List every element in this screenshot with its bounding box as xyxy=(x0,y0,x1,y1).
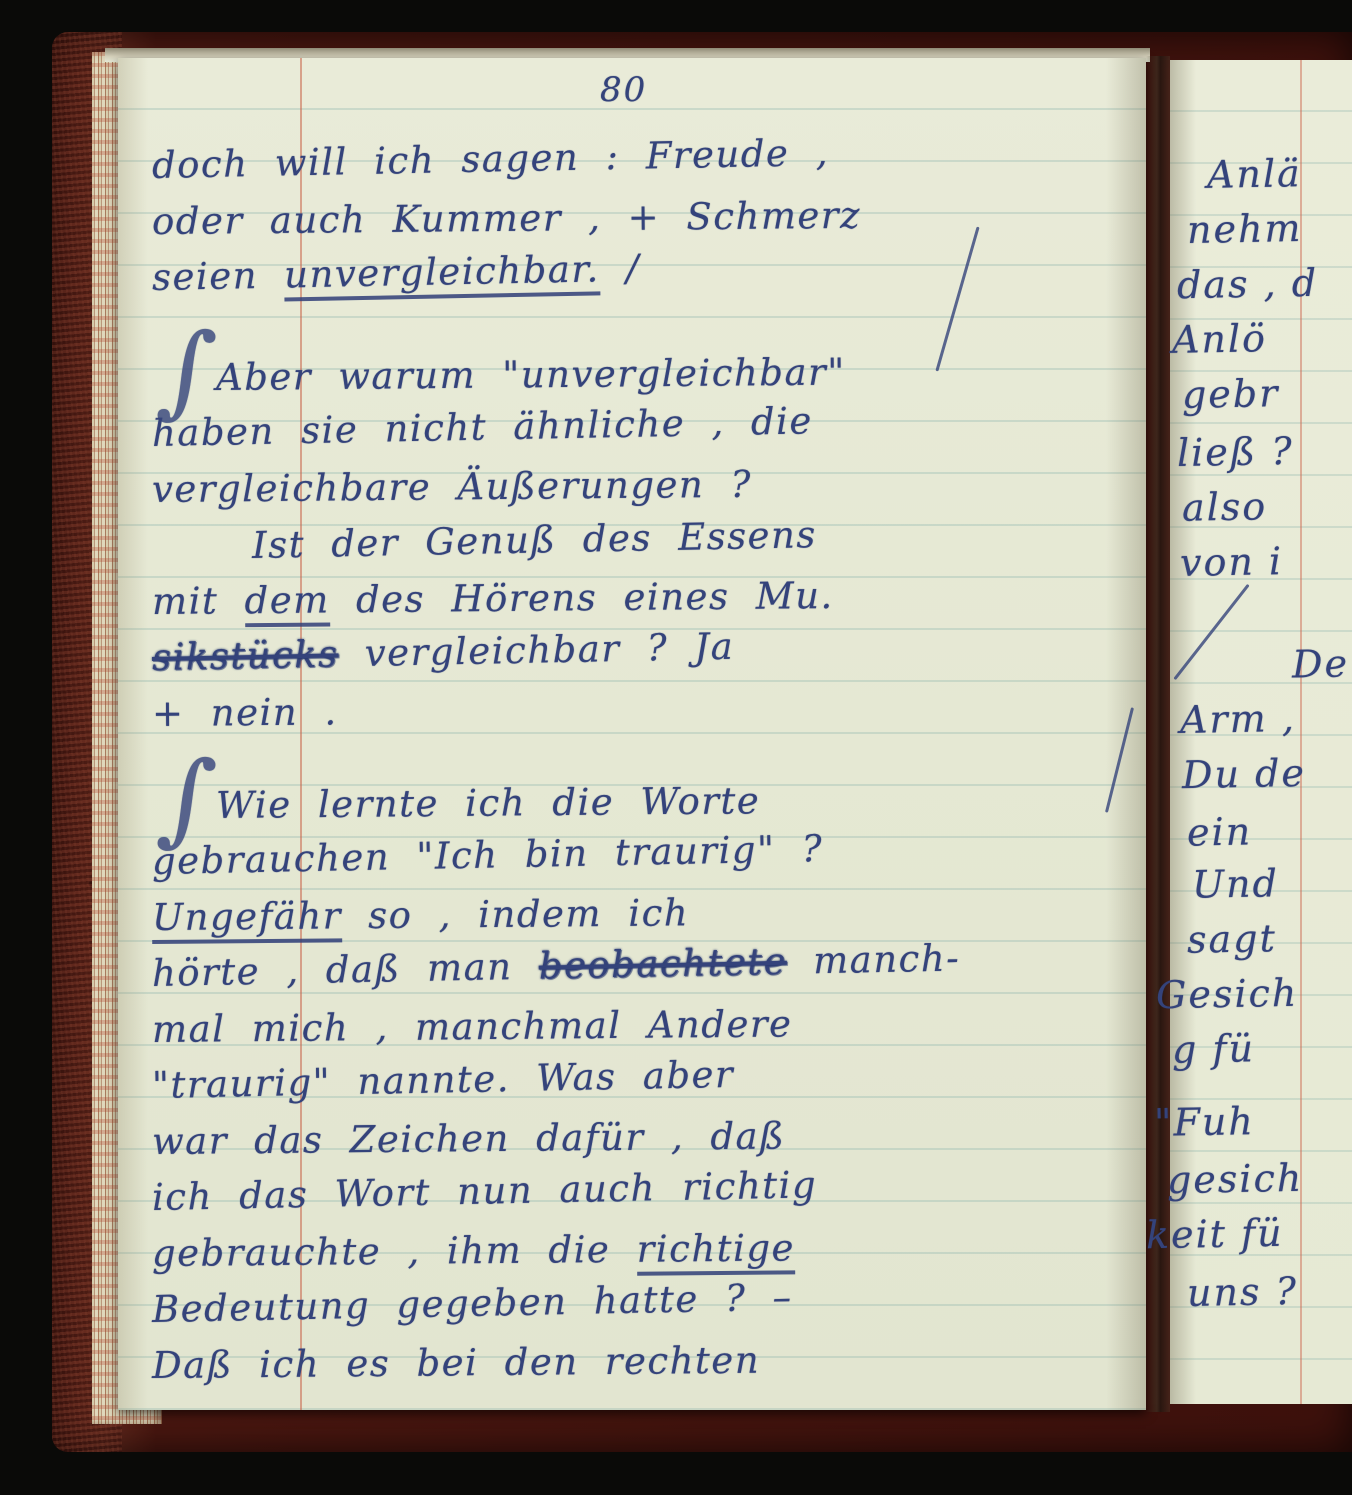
handwriting-text: haben sie nicht ähnliche , die xyxy=(152,399,814,455)
paragraph-block: doch will ich sagen : Freude ,oder auch … xyxy=(152,138,1162,306)
handwriting-text: Wie lernte ich die Worte xyxy=(216,779,761,827)
underlined-word: richtige xyxy=(636,1226,795,1275)
left-page-text: doch will ich sagen : Freude ,oder auch … xyxy=(152,138,1162,1394)
handwriting-text: gebrauchen "Ich bin traurig" ? xyxy=(152,827,824,883)
handwriting-fragment: ließ ? xyxy=(1177,425,1295,479)
right-page-text: Anlänehmdas , dAnlögebrließ ?alsovon iDe… xyxy=(1170,60,1352,1404)
handwriting-fragment: also xyxy=(1182,480,1268,533)
handwriting-text: seien xyxy=(152,253,285,299)
handwriting-fragment: uns ? xyxy=(1187,1265,1299,1319)
struck-out-word: beobachtete xyxy=(538,940,787,988)
handwriting-text: mit xyxy=(152,579,245,623)
handwriting-fragment: De xyxy=(1292,638,1350,691)
left-page: 80 doch will ich sagen : Freude ,oder au… xyxy=(118,58,1146,1410)
manuscript-line: doch will ich sagen : Freude , xyxy=(151,119,1162,194)
handwriting-fragment: Und xyxy=(1192,857,1280,911)
handwriting-fragment: gebr xyxy=(1182,367,1280,421)
paragraph-block: ∫Wie lernte ich die Wortegebrauchen "Ich… xyxy=(152,778,1162,1394)
handwriting-text: manch- xyxy=(786,936,960,982)
handwriting-fragment: keit fü xyxy=(1146,1207,1284,1261)
handwriting-text: Aber warum "unvergleichbar" xyxy=(216,351,846,399)
underlined-word: dem xyxy=(244,578,330,627)
handwriting-fragment: Anlö xyxy=(1172,312,1268,366)
handwriting-fragment: sagt xyxy=(1187,912,1278,966)
handwriting-text: Ist der Genuß des Essens xyxy=(252,513,818,567)
handwriting-text: so , indem ich xyxy=(342,891,690,937)
paragraph-block: ∫Aber warum "unvergleichbar"haben sie ni… xyxy=(152,350,1162,742)
handwriting-text: "traurig" nannte. Was aber xyxy=(152,1053,735,1107)
handwriting-text: ich das Wort nun auch richtig xyxy=(152,1163,818,1219)
handwriting-fragment: von i xyxy=(1180,535,1284,589)
handwriting-text: Bedeutung gegeben hatte ? – xyxy=(152,1276,793,1331)
page-number: 80 xyxy=(600,70,647,110)
handwriting-fragment: Arm , xyxy=(1180,692,1297,746)
manuscript-line: Daß ich es bei den rechten xyxy=(152,1329,1162,1394)
right-page: Anlänehmdas , dAnlögebrließ ?alsovon iDe… xyxy=(1170,60,1352,1404)
underlined-word: unvergleichbar. xyxy=(284,247,600,301)
struck-out-word: sikstücks xyxy=(152,632,339,679)
underlined-word: Ungefähr xyxy=(152,894,342,944)
manuscript-line: + nein . xyxy=(152,677,1162,742)
handwriting-text: Daß ich es bei den rechten xyxy=(152,1339,760,1387)
handwriting-text: des Hörens eines Mu. xyxy=(330,574,834,621)
handwriting-fragment: nehm xyxy=(1187,202,1303,256)
handwriting-text: doch will ich sagen : Freude , xyxy=(152,131,830,187)
handwriting-text: vergleichbar ? Ja xyxy=(338,625,734,676)
handwriting-text: oder auch Kummer , + Schmerz xyxy=(152,194,861,243)
handwriting-fragment: ein xyxy=(1187,805,1253,858)
handwriting-text: hörte , daß man xyxy=(152,945,540,995)
handwriting-text: war das Zeichen dafür , daß xyxy=(152,1114,786,1163)
handwriting-text: / xyxy=(599,247,640,291)
handwriting-text: mal mich , manchmal Andere xyxy=(152,1002,793,1051)
manuscript-scan: { "document": { "type": "handwritten not… xyxy=(0,0,1352,1495)
handwriting-fragment: g fü xyxy=(1172,1022,1256,1075)
handwriting-fragment: das , d xyxy=(1177,257,1319,311)
handwriting-text: gebrauchte , ihm die xyxy=(152,1228,637,1275)
handwriting-fragment: Du de xyxy=(1182,747,1307,801)
handwriting-text: + nein . xyxy=(152,690,338,735)
handwriting-fragment: gesich xyxy=(1167,1152,1304,1206)
handwriting-fragment: Anlä xyxy=(1207,147,1303,201)
handwriting-text: vergleichbare Äußerungen ? xyxy=(152,463,752,511)
handwriting-fragment: Gesich xyxy=(1156,967,1299,1021)
handwriting-fragment: "Fuh xyxy=(1154,1095,1256,1149)
